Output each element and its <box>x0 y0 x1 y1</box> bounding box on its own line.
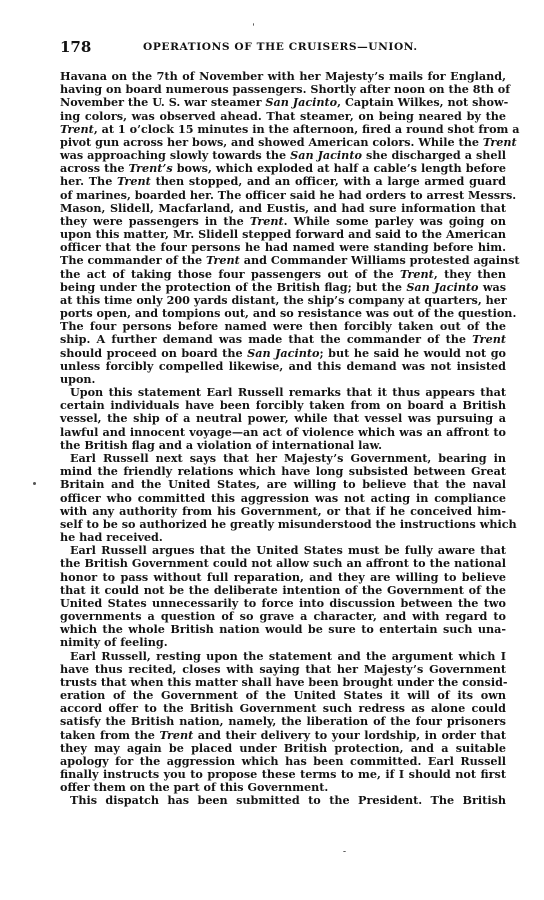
text-line: have thus recited, closes with saying th… <box>60 663 506 676</box>
running-head: 178 OPERATIONS OF THE CRUISERS—UNION. <box>60 38 506 56</box>
text-line: officer who committed this aggression wa… <box>60 492 506 505</box>
text-line: should proceed on board the San Jacinto;… <box>60 347 506 360</box>
text-line: that it could not be the deliberate inte… <box>60 584 506 597</box>
text-line: November the U. S. war steamer San Jacin… <box>60 96 506 109</box>
running-head-title: OPERATIONS OF THE CRUISERS—UNION. <box>143 41 418 53</box>
text-line: the British Government could not allow s… <box>60 557 506 570</box>
text-line: of marines, boarded her. The officer sai… <box>60 189 506 202</box>
text-line: honor to pass without full reparation, a… <box>60 571 506 584</box>
text-line: unless forcibly compelled likewise, and … <box>60 360 506 373</box>
text-line: being under the protection of the Britis… <box>60 281 506 294</box>
text-line: taken from the Trent and their delivery … <box>60 729 506 742</box>
body-text: Havana on the 7th of November with her M… <box>60 70 506 808</box>
scan-speck <box>253 23 254 26</box>
text-line: satisfy the British nation, namely, the … <box>60 715 506 728</box>
scan-speck <box>343 851 346 852</box>
text-line: nimity of feeling. <box>60 636 506 649</box>
text-line: This dispatch has been submitted to the … <box>60 794 506 807</box>
text-line: vessel, the ship of a neutral power, whi… <box>60 412 506 425</box>
text-line: her. The Trent then stopped, and an offi… <box>60 175 506 188</box>
text-line: Trent, at 1 o’clock 15 minutes in the af… <box>60 123 506 136</box>
text-line: lawful and innocent voyage—an act of vio… <box>60 426 506 439</box>
text-line: they may again be placed under British p… <box>60 742 506 755</box>
text-line: the British flag and a violation of inte… <box>60 439 506 452</box>
scan-speck <box>33 482 36 485</box>
page-number: 178 <box>60 38 91 56</box>
text-line: The commander of the Trent and Commander… <box>60 254 506 267</box>
text-line: ing colors, was observed ahead. That ste… <box>60 110 506 123</box>
book-page: 178 OPERATIONS OF THE CRUISERS—UNION. Ha… <box>0 0 544 900</box>
text-line: with any authority from his Government, … <box>60 505 506 518</box>
text-line: Britain and the United States, are willi… <box>60 478 506 491</box>
text-line: Earl Russell, resting upon the statement… <box>60 650 506 663</box>
